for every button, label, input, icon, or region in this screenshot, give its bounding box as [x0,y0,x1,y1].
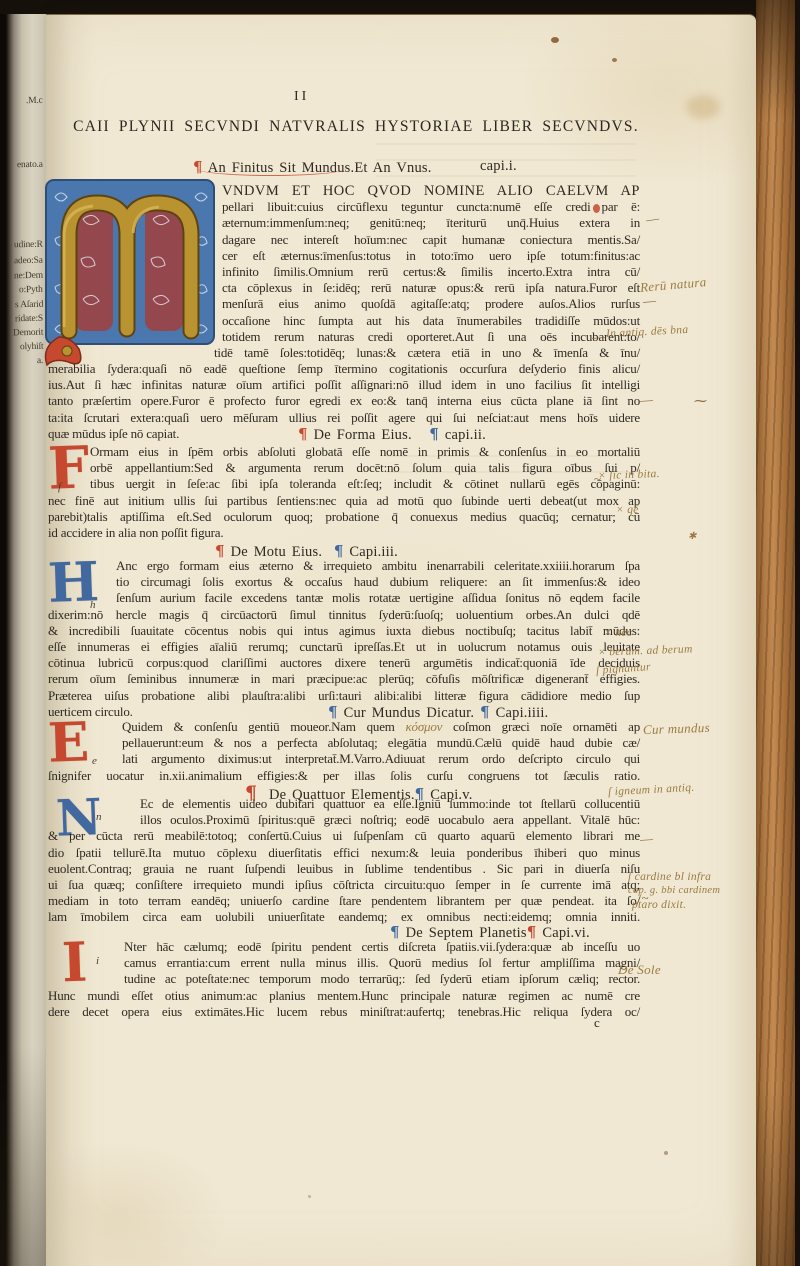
paragraph-3: Anc ergo formam eius æterno & irrequieto… [48,558,640,720]
paragraph-mark-icon: ¶ [328,703,338,721]
stain [686,95,720,119]
edge-text-fragment: s Aſarid [15,300,43,311]
margin-note: ſ pignantur [596,661,651,677]
body-line: ius.Aut ſi hæc infinitas naturæ oīum art… [48,377,640,393]
body-line: æternum:immenſum:neq; genitū:neq; īterit… [222,215,640,231]
margin-note: × berum. ad berum [598,643,693,658]
body-line: menſurā eius animo quoſdā agitaſſe:atq; … [222,296,640,312]
body-line: tudine ac poteſtate:nec temporum modo te… [124,971,640,987]
foxing-spot [664,1151,668,1155]
body-line: dixerim:nō hercle magis q̄ circūactorū ſ… [48,607,640,623]
body-line: Anc ergo formam eius æterno & irrequieto… [116,558,640,574]
greek-gloss: κόσμον [405,719,442,734]
body-line: Hunc mundi eſſet otius animum:ac planius… [48,988,640,1004]
chapter-heading-2: ¶ De Forma Eius. ¶ capi.ii. [298,426,486,443]
paragraph-mark-icon: ¶ [480,703,490,721]
body-line: quæ mūdus ipſe nō capiat. ¶ De Forma Eiu… [48,426,640,442]
body-line: camus errantia:cum errent nulla minus il… [124,955,640,971]
show-through [376,143,636,183]
body-line: rerum oīum ſeminibus innumeræ in mari pr… [48,671,640,687]
body-line: uerticem circulo. ¶ Cur Mundus Dicatur. … [48,704,640,720]
gutter-shadow [0,1046,46,1266]
body-line: Præterea uiſus probatione alibi plauſtra… [48,688,640,704]
running-title: CAII PLYNII SECVNDI NATVRALIS HYSTORIAE … [60,118,652,136]
body-line: id accidere in alia non poſſit figura. [48,525,640,541]
body-line: tio circumagi ſolis exortus & occaſus ha… [116,574,640,590]
show-through [386,455,636,473]
body-line: lati argumento diximus:ut interpretat̄.M… [122,751,640,767]
body-line: nec finē aut initium ullis ſui partibus … [48,493,640,509]
margin-note: ſ cardine bl infra [628,871,711,883]
edge-text-fragment: a. [37,356,43,366]
body-line: parebit)talis aptiſſima eſt.Sed oculorum… [48,509,640,525]
edge-text-fragment: ne:Dem [14,271,43,282]
paragraph-mark-icon: ¶ [298,425,308,443]
margin-note: ſ igneum in antiq. [608,782,695,799]
body-line: infinito ſimilis.Omnium rerū certus:& ſi… [222,264,640,280]
paragraph-6: Nter hāc cælumq; eodē ſpiritu pendent ce… [48,939,640,1020]
ink-dash: — [639,831,653,848]
body-line: cer eſt æternus:īmenſus:totus in toto:īm… [222,248,640,264]
edge-text-fragment: Demorit [13,328,43,339]
body-line: VNDVM ET HOC QVOD NOMINE ALIO CAELVM AP [222,183,640,199]
margin-note: × nec [604,627,632,639]
body-line: cōtinua lubricū corpus:quod clariſſimi a… [48,655,640,671]
body-line: Ec de elementis uideo dubitari quattuor … [140,796,640,812]
body-line-text: coſmon græci noīe ornamēti ap [442,719,640,734]
ink-dash: /~ [638,890,649,906]
ink-tilde: ⁓ [694,393,707,409]
paragraph-4: Quidem & conſenſu gentiū moueor.Nam quem… [48,719,640,784]
body-line: tanto præſertim opere.Furor ē profecto f… [48,393,640,409]
book-photograph: { "page": { "folio_number": "II", "runni… [0,0,800,1266]
body-line: Nter hāc cælumq; eodē ſpiritu pendent ce… [124,939,640,955]
body-line: totidem rerum naturas credi oporteret.Au… [222,329,640,345]
ink-dash: — [639,392,653,409]
body-line: cta cōplexus in ſe:idēq; rerū naturæ opu… [222,280,640,296]
edge-text-fragment: udine:R [14,240,43,251]
rubric-swash [196,161,346,176]
edge-text-fragment: adeo:Sa [14,256,43,267]
body-line: pellari libuit:cuius circūflexu teguntur… [222,199,640,215]
chapter-heading-text: De Forma Eius. [314,427,412,443]
folio-number: II [294,89,309,105]
ink-dash: — [645,210,660,228]
body-line: eſſe innumeras ei effigies aīaliū rerumq… [48,639,640,655]
margin-note: De Sole [618,962,661,978]
body-line: illos oculos.Proximū ſpiritus:quē græci … [140,812,640,828]
ink-tilde: ~ [594,471,601,487]
edge-text-fragment: ridate:S [15,314,43,325]
body-line-text: par ē: [602,199,641,214]
body-line: mediam in toto terram eandēq; uniuerſo c… [48,893,640,909]
body-line: ta:ita ſcrutari extera:quaſi uero mēſura… [48,410,640,426]
body-line: ui ſua quæq; conſiſtere irrequieto mundi… [48,877,640,893]
edge-text-fragment: .M.c [26,96,43,106]
margin-note: × qē [616,504,639,516]
body-line: pellauerunt:eum & nos a perfecta abſolut… [122,735,640,751]
body-line: dagare nec intereſt hoīum:nec capit huma… [222,232,640,248]
book-page: II CAII PLYNII SECVNDI NATVRALIS HYSTORI… [46,14,756,1266]
ink-stain [612,58,617,62]
paragraph-1: VNDVM ET HOC QVOD NOMINE ALIO CAELVM AP … [48,183,640,442]
edge-text-fragment: enato.a [17,160,43,171]
body-line: Quidem & conſenſu gentiū moueor.Nam quem… [122,719,640,735]
ink-dash: — [591,328,605,345]
body-line: merabilia ſydera:quaſi nō eadē queſtione… [48,361,640,377]
asterisk-mark: ✱ [688,531,697,542]
body-line: & per cūcta rerū meabilē:totoq; conſertū… [48,828,640,844]
foxing-spot [308,1195,311,1198]
body-line-text: pellari libuit:cuius circūflexu teguntur… [222,199,591,214]
body-line-text: Quidem & conſenſu gentiū moueor.Nam quem [122,719,405,734]
body-line: tibus uergit in ſeſe:ac ſibi ipſa tolera… [90,476,640,492]
body-line: occaſione hinc ſumpta aut his data īnume… [222,313,640,329]
body-line: euolent.Contraq; grauia ne ruant ſuſpend… [48,861,640,877]
edge-text-fragment: o:Pyth [19,285,43,295]
red-ink-blot [593,204,600,213]
margin-note: Cur mundus [643,720,710,738]
body-line: tidē tamē ſoles:totidēq; lunas:& cætera … [214,345,640,361]
book-board [756,0,795,1266]
edge-text-fragment: olyhiſt [19,342,43,352]
chapter-number: capi.ii. [445,427,486,443]
body-line: & incredibili ſuauitate cōcentus nobis q… [48,623,640,639]
ink-stain [551,37,559,43]
stacked-pages-edge: .M.c enato.a udine:R adeo:Sa ne:Dem o:Py… [0,14,46,1266]
body-line: dere decet opera eius extimātes.Hic luce… [48,1004,640,1020]
signature-mark: c [594,1015,600,1031]
background-edge [795,0,800,1266]
body-line: dio ſpatii tellurē.Ita mutuo cōplexu diu… [48,845,640,861]
body-line: ſenſum aurium facile excedens tantæ moli… [116,590,640,606]
ink-dash: — [642,292,656,309]
paragraph-5: Ec de elementis uideo dubitari quattuor … [48,796,640,926]
paragraph-mark-icon: ¶ [429,425,439,443]
